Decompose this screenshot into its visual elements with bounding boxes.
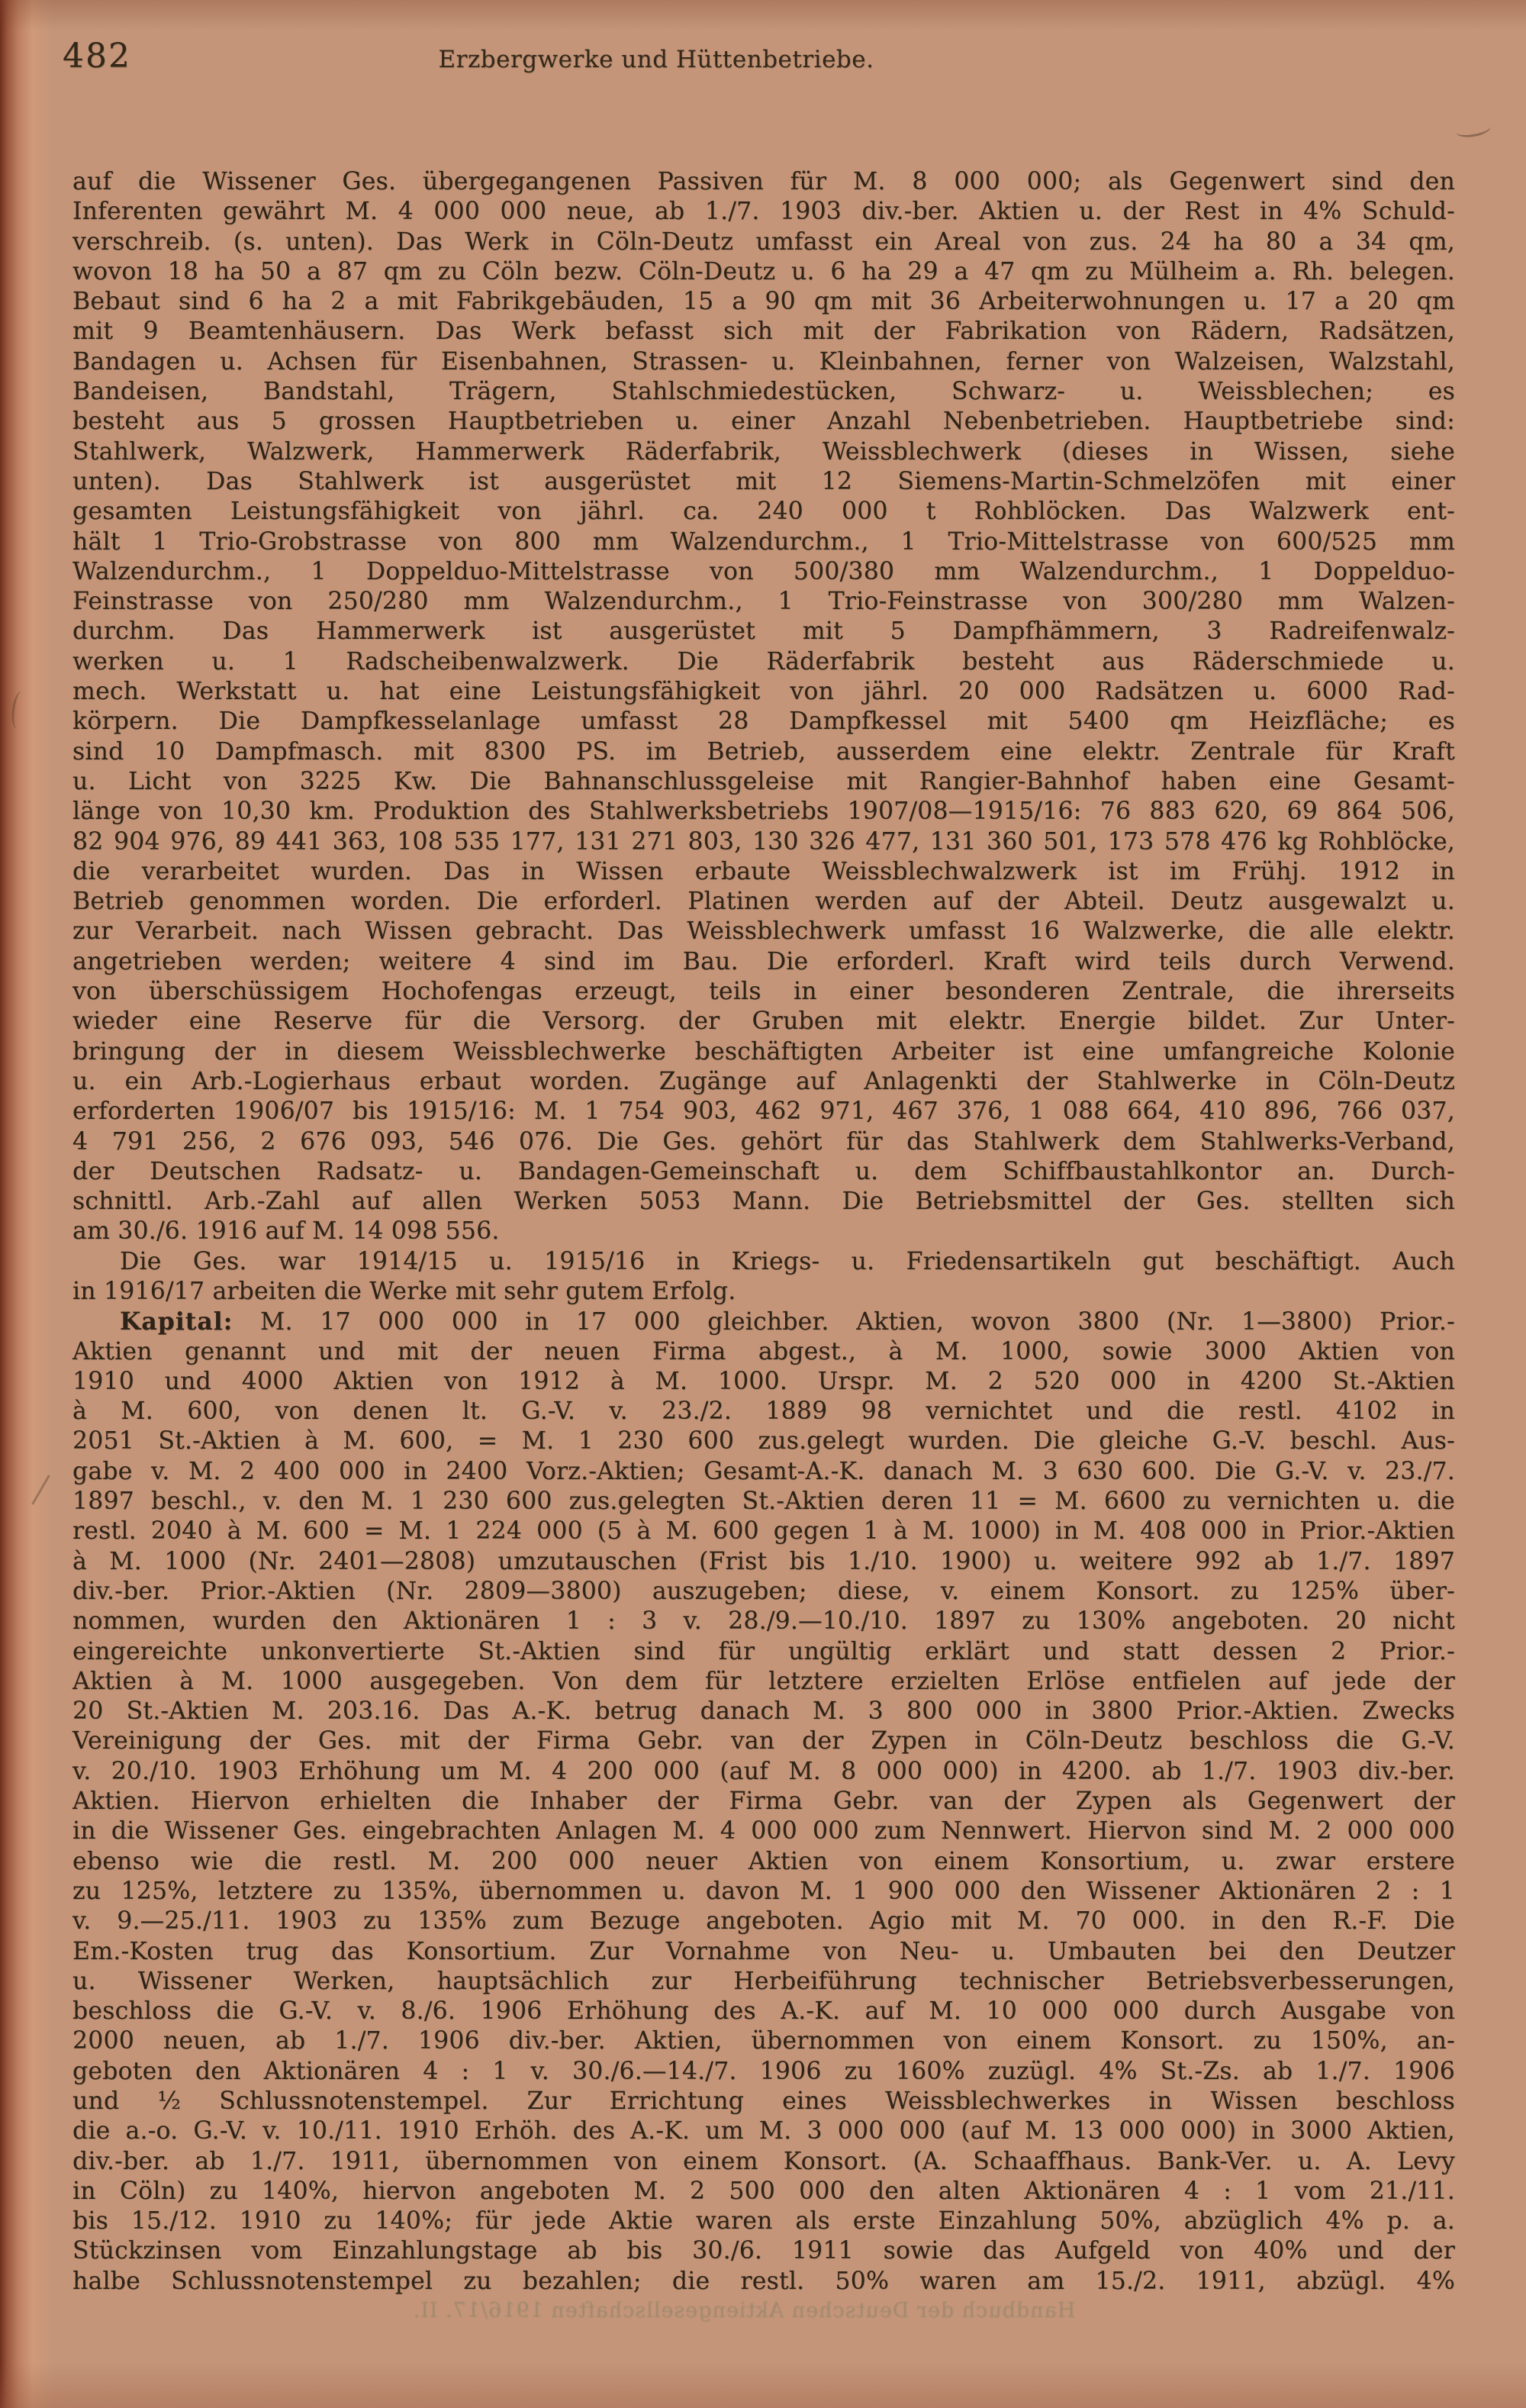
bleedthrough-text: Handbuch der Deutschen Aktiengesellschaf… xyxy=(0,2299,1488,2323)
text-line: 4 791 256, 2 676 093, 546 076. Die Ges. … xyxy=(72,1127,1455,1157)
text-line: à M. 600, von denen lt. G.-V. v. 23./2. … xyxy=(72,1397,1455,1426)
text-line: u. Wissener Werken, hauptsächlich zur He… xyxy=(72,1967,1455,1997)
text-line: Betrieb genommen worden. Die erforderl. … xyxy=(72,887,1455,917)
text-line: v. 9.—25./11. 1903 zu 135% zum Bezuge an… xyxy=(72,1907,1455,1936)
text-line: angetrieben werden; weitere 4 sind im Ba… xyxy=(72,947,1455,977)
page-top-edge-shadow xyxy=(0,0,1526,31)
text-line: nommen, wurden den Aktionären 1 : 3 v. 2… xyxy=(72,1607,1455,1636)
page-number: 482 xyxy=(63,37,131,76)
text-line: Aktien. Hiervon erhielten die Inhaber de… xyxy=(72,1787,1455,1816)
text-line: und ½ Schlussnotenstempel. Zur Errichtun… xyxy=(72,2087,1455,2116)
text-line: gesamten Leistungsfähigkeit von jährl. c… xyxy=(72,497,1455,527)
text-line: Aktien genannt und mit der neuen Firma a… xyxy=(72,1337,1455,1367)
text-line: wieder eine Reserve für die Versorg. der… xyxy=(72,1007,1455,1036)
text-line: bis 15./12. 1910 zu 140%; für jede Aktie… xyxy=(72,2207,1455,2236)
text-line: länge von 10,30 km. Produktion des Stahl… xyxy=(72,797,1455,827)
body-text: auf die Wissener Ges. übergegangenen Pas… xyxy=(72,167,1455,2297)
pencil-mark xyxy=(1455,119,1492,140)
text-line: mech. Werkstatt u. hat eine Leistungsfäh… xyxy=(72,677,1455,707)
text-line: werken u. 1 Radscheibenwalzwerk. Die Räd… xyxy=(72,647,1455,677)
text-line: erforderten 1906/07 bis 1915/16: M. 1 75… xyxy=(72,1097,1455,1127)
text-line: 1910 und 4000 Aktien von 1912 à M. 1000.… xyxy=(72,1367,1455,1397)
text-line: v. 20./10. 1903 Erhöhung um M. 4 200 000… xyxy=(72,1757,1455,1787)
text-line: 1897 beschl., v. den M. 1 230 600 zus.ge… xyxy=(72,1487,1455,1517)
text-line: in Cöln) zu 140%, hiervon angeboten M. 2… xyxy=(72,2177,1455,2207)
paragraph-lead: Kapital: xyxy=(120,1307,233,1336)
text-line: 20 St.-Aktien M. 203.16. Das A.-K. betru… xyxy=(72,1697,1455,1726)
text-line: die verarbeitet wurden. Das in Wissen er… xyxy=(72,857,1455,887)
text-line: beschloss die G.-V. v. 8./6. 1906 Erhöhu… xyxy=(72,1997,1455,2026)
text-line: Die Ges. war 1914/15 u. 1915/16 in Krieg… xyxy=(72,1247,1455,1277)
text-line: Walzendurchm., 1 Doppelduo-Mittelstrasse… xyxy=(72,557,1455,587)
text-line: Bandeisen, Bandstahl, Trägern, Stahlschm… xyxy=(72,377,1455,407)
book-page: 482 Erzbergwerke und Hüttenbetriebe. auf… xyxy=(0,0,1526,2408)
text-line: u. ein Arb.-Logierhaus erbaut worden. Zu… xyxy=(72,1067,1455,1097)
page-bottom-edge-shadow xyxy=(0,2362,1526,2408)
text-line: u. Licht von 3225 Kw. Die Bahnanschlussg… xyxy=(72,767,1455,797)
text-line: hält 1 Trio-Grobstrasse von 800 mm Walze… xyxy=(72,527,1455,557)
text-line: div.-ber. ab 1./7. 1911, übernommen von … xyxy=(72,2147,1455,2177)
text-line: mit 9 Beamtenhäusern. Das Werk befasst s… xyxy=(72,317,1455,347)
text-line: gabe v. M. 2 400 000 in 2400 Vorz.-Aktie… xyxy=(72,1457,1455,1487)
text-line: Aktien à M. 1000 ausgegeben. Von dem für… xyxy=(72,1667,1455,1697)
text-line: am 30./6. 1916 auf M. 14 098 556. xyxy=(72,1217,1455,1246)
text-line: wovon 18 ha 50 a 87 qm zu Cöln bezw. Cöl… xyxy=(72,257,1455,287)
text-line: Kapital: M. 17 000 000 in 17 000 gleichb… xyxy=(72,1307,1455,1336)
text-line: zu 125%, letztere zu 135%, übernommen u.… xyxy=(72,1877,1455,1907)
text-line: besteht aus 5 grossen Hauptbetrieben u. … xyxy=(72,407,1455,437)
text-line: Bebaut sind 6 ha 2 a mit Fabrikgebäuden,… xyxy=(72,287,1455,317)
text-line: sind 10 Dampfmasch. mit 8300 PS. im Betr… xyxy=(72,737,1455,767)
text-line: Vereinigung der Ges. mit der Firma Gebr.… xyxy=(72,1726,1455,1756)
text-line: geboten den Aktionären 4 : 1 v. 30./6.—1… xyxy=(72,2057,1455,2087)
text-line: Stahlwerk, Walzwerk, Hammerwerk Räderfab… xyxy=(72,437,1455,467)
text-line: zur Verarbeit. nach Wissen gebracht. Das… xyxy=(72,917,1455,946)
text-line: Em.-Kosten trug das Konsortium. Zur Vorn… xyxy=(72,1937,1455,1967)
text-line: Feinstrasse von 250/280 mm Walzendurchm.… xyxy=(72,587,1455,617)
text-line: schnittl. Arb.-Zahl auf allen Werken 505… xyxy=(72,1187,1455,1217)
text-line: unten). Das Stahlwerk ist ausgerüstet mi… xyxy=(72,467,1455,497)
text-line: bringung der in diesem Weissblechwerke b… xyxy=(72,1037,1455,1067)
text-line: verschreib. (s. unten). Das Werk in Cöln… xyxy=(72,227,1455,257)
text-line: div.-ber. Prior.-Aktien (Nr. 2809—3800) … xyxy=(72,1577,1455,1607)
text-line: à M. 1000 (Nr. 2401—2808) umzutauschen (… xyxy=(72,1547,1455,1577)
text-line: ebenso wie die restl. M. 200 000 neuer A… xyxy=(72,1847,1455,1877)
text-line: eingereichte unkonvertierte St.-Aktien s… xyxy=(72,1637,1455,1667)
text-line: Inferenten gewährt M. 4 000 000 neue, ab… xyxy=(72,197,1455,227)
text-line: auf die Wissener Ges. übergegangenen Pas… xyxy=(72,167,1455,197)
running-title: Erzbergwerke und Hüttenbetriebe. xyxy=(427,46,885,73)
text-line: 2000 neuen, ab 1./7. 1906 div.-ber. Akti… xyxy=(72,2026,1455,2056)
page-left-edge-shadow xyxy=(0,0,53,2408)
text-line: halbe Schlussnotenstempel zu bezahlen; d… xyxy=(72,2267,1455,2297)
text-line: 82 904 976, 89 441 363, 108 535 177, 131… xyxy=(72,827,1455,857)
text-line: 2051 St.-Aktien à M. 600, = M. 1 230 600… xyxy=(72,1426,1455,1456)
text-line: Stückzinsen vom Einzahlungstage ab bis 3… xyxy=(72,2236,1455,2266)
text-line: körpern. Die Dampfkesselanlage umfasst 2… xyxy=(72,707,1455,737)
text-line: in die Wissener Ges. eingebrachten Anlag… xyxy=(72,1816,1455,1846)
text-line: der Deutschen Radsatz- u. Bandagen-Gemei… xyxy=(72,1157,1455,1187)
text-line: von überschüssigem Hochofengas erzeugt, … xyxy=(72,977,1455,1007)
text-line: die a.-o. G.-V. v. 10./11. 1910 Erhöh. d… xyxy=(72,2116,1455,2146)
text-line: durchm. Das Hammerwerk ist ausgerüstet m… xyxy=(72,617,1455,646)
text-line: Bandagen u. Achsen für Eisenbahnen, Stra… xyxy=(72,347,1455,377)
text-line: in 1916/17 arbeiten die Werke mit sehr g… xyxy=(72,1277,1455,1307)
text-line: restl. 2040 à M. 600 = M. 1 224 000 (5 à… xyxy=(72,1517,1455,1546)
